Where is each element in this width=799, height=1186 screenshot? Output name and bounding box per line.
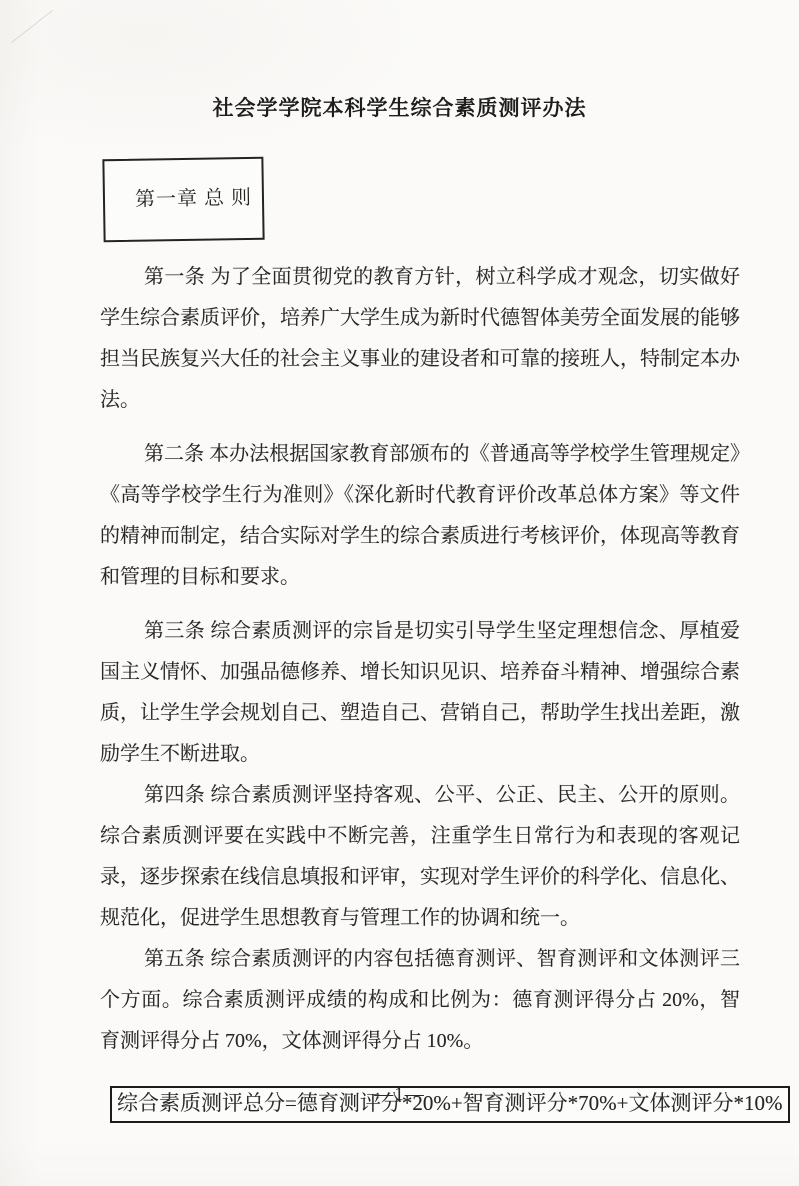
page-number: —1—	[374, 1084, 425, 1105]
chapter-heading-box: 第一章 总 则	[102, 157, 264, 243]
page-footer: —1—	[0, 1084, 799, 1106]
document-title: 社会学学院本科学生综合素质测评办法	[0, 0, 799, 122]
article-5: 第五条 综合素质测评的内容包括德育测评、智育测评和文体测评三个方面。综合素质测评…	[100, 939, 740, 1062]
document-body: 第一条 为了全面贯彻党的教育方针，树立科学成才观念，切实做好学生综合素质评价，培…	[100, 257, 740, 1125]
article-4: 第四条 综合素质测评坚持客观、公平、公正、民主、公开的原则。综合素质测评要在实践…	[100, 775, 740, 939]
article-2: 第二条 本办法根据国家教育部颁布的《普通高等学校学生管理规定》《高等学校学生行为…	[100, 434, 740, 598]
chapter-heading: 第一章 总 则	[135, 187, 252, 211]
scanned-document-page: 社会学学院本科学生综合素质测评办法 第一章 总 则 第一条 为了全面贯彻党的教育…	[0, 0, 799, 1186]
article-3: 第三条 综合素质测评的宗旨是切实引导学生坚定理想信念、厚植爱国主义情怀、加强品德…	[100, 611, 740, 775]
article-1: 第一条 为了全面贯彻党的教育方针，树立科学成才观念，切实做好学生综合素质评价，培…	[100, 257, 740, 421]
